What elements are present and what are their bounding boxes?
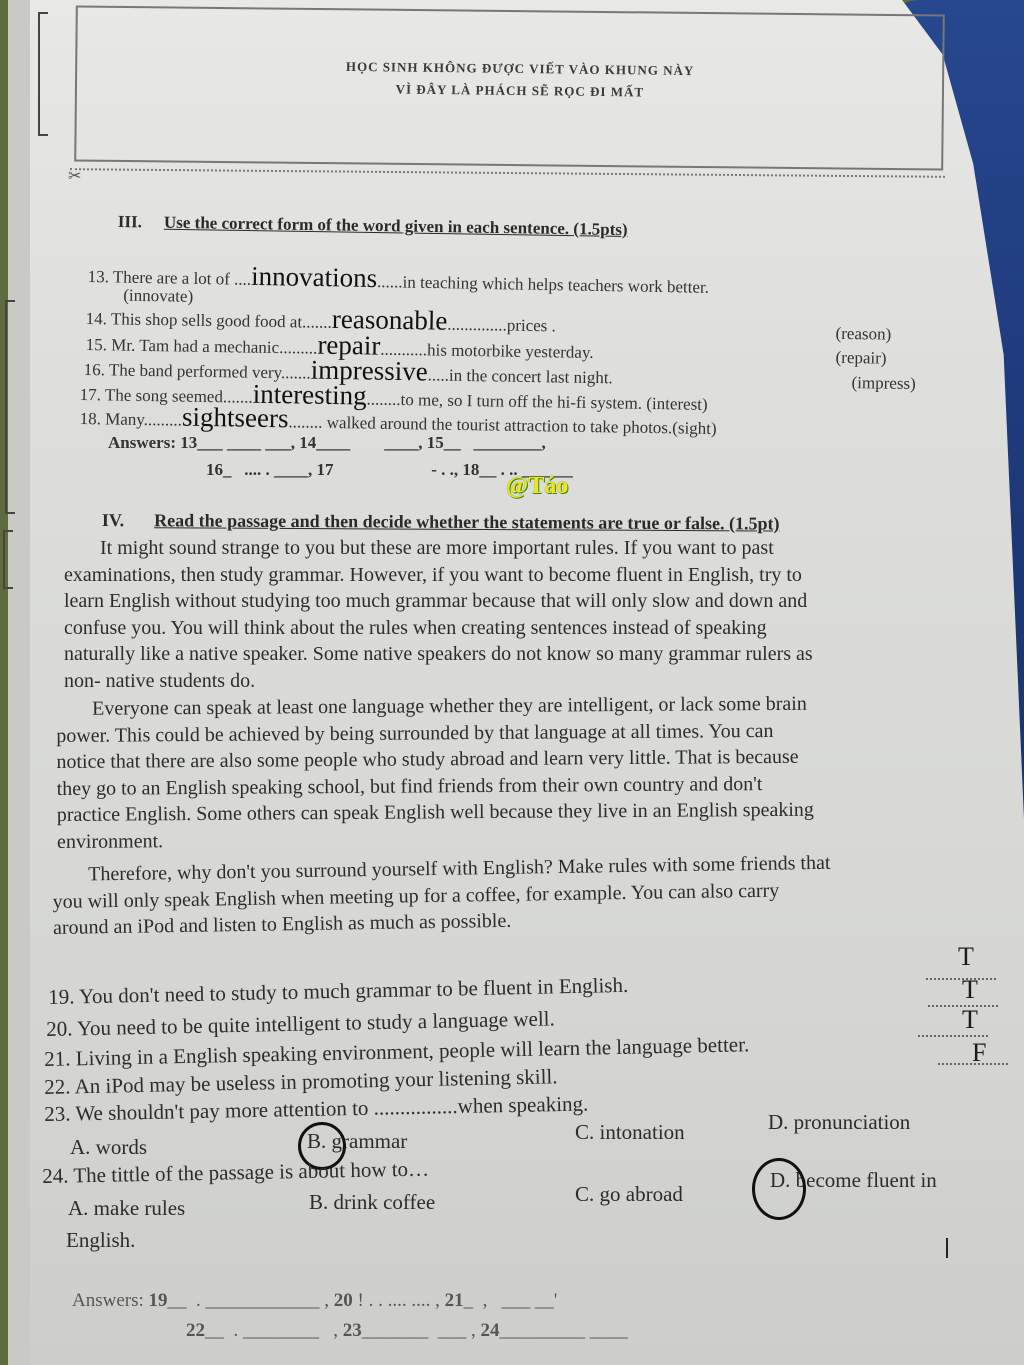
passage-line: environment.	[57, 823, 814, 855]
handwritten-answer: sightseers	[182, 402, 289, 434]
hint: (sight)	[672, 418, 717, 438]
left-bracket	[3, 530, 13, 589]
option-24-b: B. drink coffee	[309, 1190, 435, 1215]
section-4-answers-row2: 22__ . ________ , 23_______ ___ , 24____…	[186, 1320, 628, 1342]
answer-circle-d	[752, 1158, 806, 1220]
tf-mark-20: T	[962, 975, 978, 1005]
option-24-c: C. go abroad	[575, 1182, 683, 1207]
left-bracket	[38, 12, 48, 136]
tf-mark-22: F	[972, 1038, 986, 1068]
tf-blank	[918, 1035, 988, 1037]
tf-mark-21: T	[962, 1005, 978, 1035]
section-4-heading: IV. Read the passage and then decide whe…	[102, 510, 780, 535]
passage-line: confuse you. You will think about the ru…	[64, 615, 813, 642]
option-23-a: A. words	[70, 1135, 147, 1160]
section-3-answers: Answers: 13___ ____ ___, 14____ ____, 15…	[108, 433, 546, 453]
hint: (impress)	[851, 373, 916, 394]
passage-paragraph-2: Everyone can speak at least one language…	[56, 691, 814, 855]
passage-line: learn English without studying too much …	[64, 588, 813, 615]
tf-blank	[926, 978, 996, 980]
passage-line: It might sound strange to you but these …	[64, 535, 813, 562]
passage-paragraph-1: It might sound strange to you but these …	[64, 535, 813, 694]
header-notice: HỌC SINH KHÔNG ĐƯỢC VIẾT VÀO KHUNG NÀY V…	[240, 55, 800, 106]
left-binding-strip	[8, 0, 30, 1365]
section-4-title: Read the passage and then decide whether…	[154, 510, 780, 533]
passage-paragraph-3: Therefore, why don't you surround yourse…	[52, 850, 831, 942]
left-bracket	[5, 300, 15, 514]
option-24-d-continuation: English.	[66, 1228, 135, 1253]
passage-line: non- native students do.	[64, 668, 813, 695]
option-23-c: C. intonation	[575, 1120, 685, 1145]
option-24-a: A. make rules	[68, 1196, 185, 1221]
passage-line: naturally like a native speaker. Some na…	[64, 641, 813, 668]
option-23-d: D. pronunciation	[768, 1110, 910, 1135]
section-4-answers: Answers: 19__ . ____________ , 20 ! . . …	[72, 1290, 557, 1312]
passage-line: examinations, then study grammar. Howeve…	[64, 562, 813, 589]
passage-line: practice English. Some others can speak …	[57, 797, 814, 829]
tf-mark-19: T	[958, 942, 974, 972]
handwritten-answer: innovations	[251, 261, 378, 293]
watermark: @Táo	[506, 473, 568, 500]
pen-mark	[946, 1238, 948, 1258]
